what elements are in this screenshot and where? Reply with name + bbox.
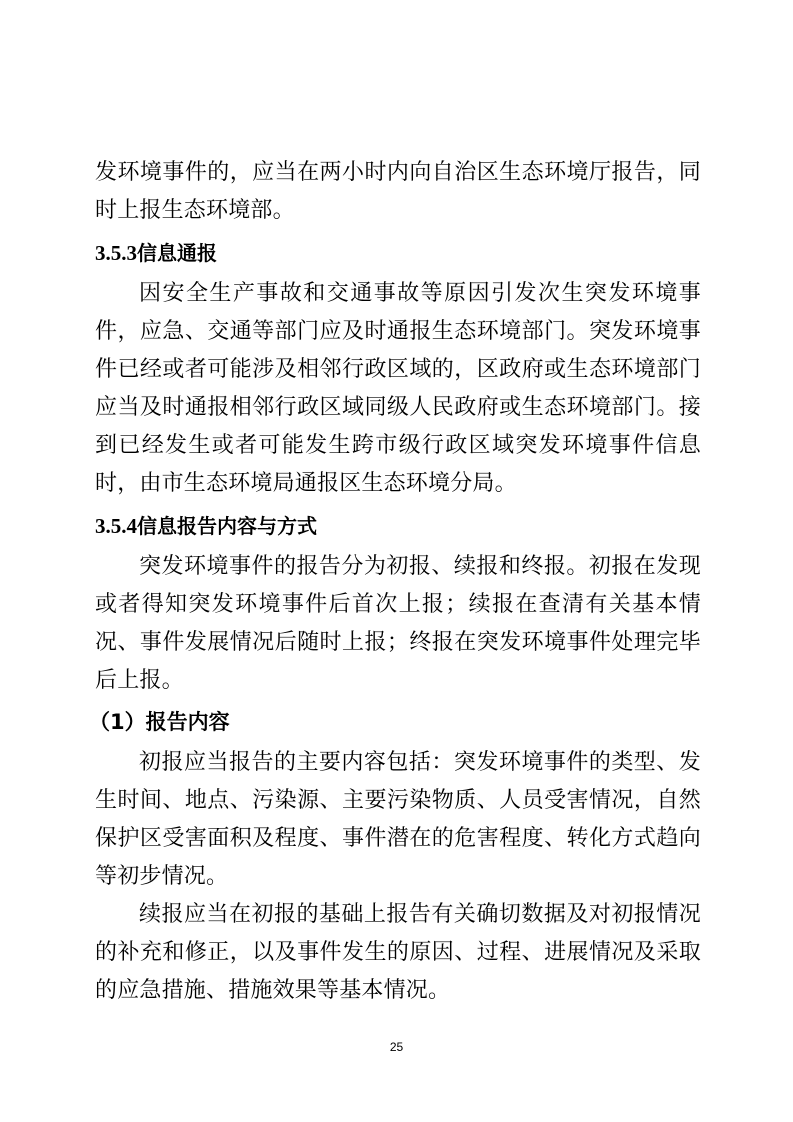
continuation-paragraph: 发环境事件的，应当在两小时内向自治区生态环境厅报告，同时上报生态环境部。 [95, 154, 701, 230]
document-page: 发环境事件的，应当在两小时内向自治区生态环境厅报告，同时上报生态环境部。 3.5… [95, 154, 701, 1010]
section-title: 信息通报 [137, 241, 217, 265]
initial-report-paragraph: 初报应当报告的主要内容包括：突发环境事件的类型、发生时间、地点、污染源、主要污染… [95, 744, 701, 896]
section-title: 信息报告内容与方式 [137, 514, 317, 538]
section-number: 3.5.3 [95, 241, 137, 265]
section-heading-3-5-4: 3.5.4信息报告内容与方式 [95, 507, 701, 545]
follow-up-report-paragraph: 续报应当在初报的基础上报告有关确切数据及对初报情况的补充和修正，以及事件发生的原… [95, 896, 701, 1010]
page-number: 25 [0, 1040, 793, 1054]
info-notification-paragraph: 因安全生产事故和交通事故等原因引发次生突发环境事件，应急、交通等部门应及时通报生… [95, 275, 701, 503]
report-types-paragraph: 突发环境事件的报告分为初报、续报和终报。初报在发现或者得知突发环境事件后首次上报… [95, 548, 701, 700]
section-heading-3-5-3: 3.5.3信息通报 [95, 234, 701, 272]
section-number: 3.5.4 [95, 514, 137, 538]
subsection-heading-report-content: （1）报告内容 [89, 703, 701, 741]
